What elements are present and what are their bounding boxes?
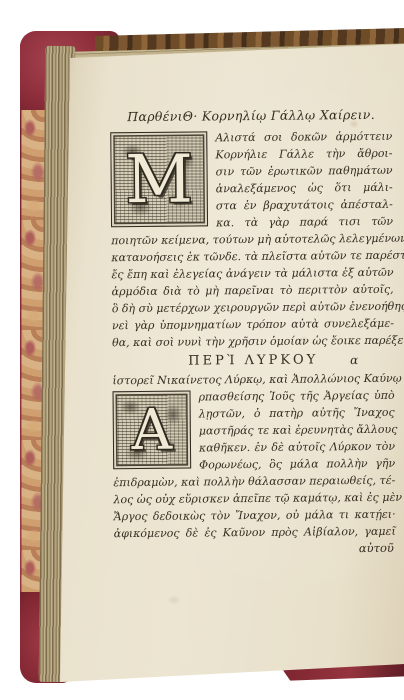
text-block: ΠαρθένιΘ· Κορνηλίῳ Γάλλῳ Χαίρειν. M Αλισ… [110,107,396,559]
text-line: ἀφικόμενος δὲ ἐς Καῦνον πρὸς Αἰβίαλον, γ… [114,523,396,542]
text-line: θα, καὶ σοὶ νυνὶ τὴν χρῆσιν ὁμοίαν ὡς ἔο… [112,332,394,351]
book-page: ΠαρθένιΘ· Κορνηλίῳ Γάλλῳ Χαίρειν. M Αλισ… [54,40,404,688]
woodcut-initial-a: A [113,391,192,470]
chapter-title: ΠΕΡῚ ΛΥΡΚΟΥ [188,352,318,368]
dedication-headline: ΠαρθένιΘ· Κορνηλίῳ Γάλλῳ Χαίρειν. [110,107,392,125]
initial-letter-a: A [114,392,191,469]
dedication-paragraph: M Αλιστά σοι δοκῶν ἁρμόττεινΚορνήλιε Γάλ… [110,128,394,351]
initial-letter-m: M [111,132,207,226]
chapter-heading-row: ΠΕΡῚ ΛΥΡΚΟΥ α [112,352,394,372]
chapter-number: α [350,353,358,367]
chapter-paragraph: A ρπασθείσης Ἰοῦς τῆς Ἀργείας ὑπὸλῃστῶν,… [112,387,395,542]
woodcut-initial-m: M [110,131,208,227]
photo-canvas: ΠαρθένιΘ· Κορνηλίῳ Γάλλῳ Χαίρειν. M Αλισ… [0,0,404,700]
catchword: αὐτοῦ [114,540,396,559]
